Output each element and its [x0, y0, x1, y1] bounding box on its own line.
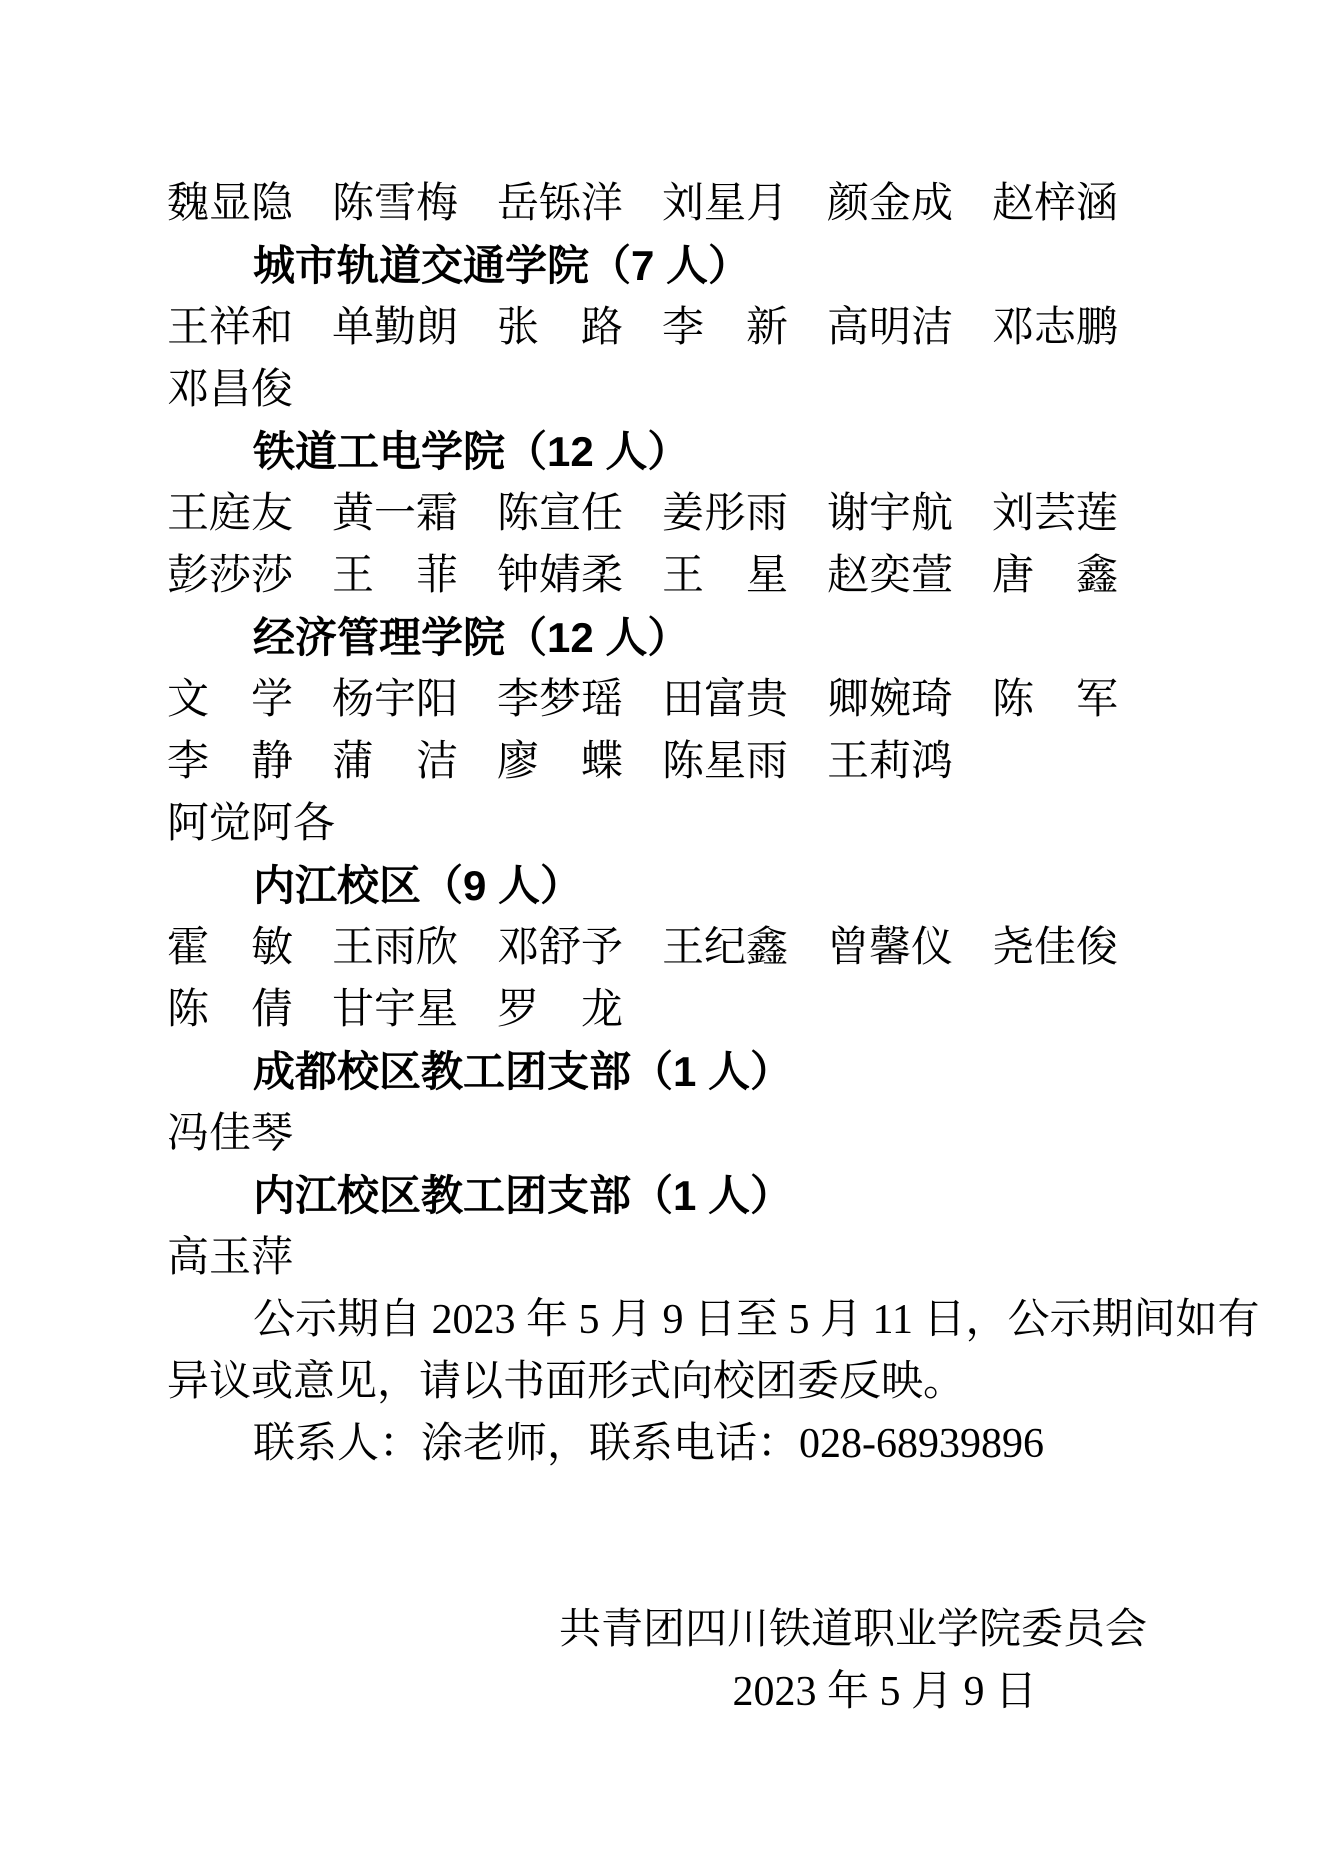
name-list-row: 李 静蒲 洁廖 蝶陈星雨王莉鸿: [167, 731, 1157, 793]
person-name: 刘芸莲: [992, 483, 1157, 545]
section-header: 城市轨道交通学院（7 人）: [167, 235, 1157, 297]
person-name: 王祥和: [167, 297, 332, 359]
name-list-row: 冯佳琴: [167, 1103, 1157, 1165]
person-name: 彭莎莎: [167, 545, 332, 607]
person-name: 邓昌俊: [167, 359, 332, 421]
person-name: 赵梓涵: [992, 173, 1157, 235]
person-name: 魏显隐: [167, 173, 332, 235]
section-header: 成都校区教工团支部（1 人）: [167, 1041, 1157, 1103]
person-name: 蒲 洁: [332, 731, 497, 793]
person-name: 阿觉阿各: [167, 793, 335, 855]
person-name: 霍 敏: [167, 917, 332, 979]
name-list-row: 霍 敏王雨欣邓舒予王纪鑫曾馨仪尧佳俊: [167, 917, 1157, 979]
person-name: 罗 龙: [497, 979, 662, 1041]
person-name: 王莉鸿: [827, 731, 992, 793]
blank-line: [167, 1537, 1157, 1599]
person-name: 冯佳琴: [167, 1103, 332, 1165]
name-list-row: 邓昌俊: [167, 359, 1157, 421]
signature-line: 共青团四川铁道职业学院委员会: [167, 1599, 1157, 1661]
person-name: 单勤朗: [332, 297, 497, 359]
person-name: 刘星月: [662, 173, 827, 235]
person-name: 谢宇航: [827, 483, 992, 545]
person-name: 李 新: [662, 297, 827, 359]
person-name: 廖 蝶: [497, 731, 662, 793]
name-list-row: 王庭友黄一霜陈宣任姜彤雨谢宇航刘芸莲: [167, 483, 1157, 545]
person-name: 钟婧柔: [497, 545, 662, 607]
person-name: 陈宣任: [497, 483, 662, 545]
person-name: 卿婉琦: [827, 669, 992, 731]
notice-paragraph-line: 异议或意见，请以书面形式向校团委反映。: [167, 1351, 1157, 1413]
person-name: 田富贵: [662, 669, 827, 731]
person-name: 陈 军: [992, 669, 1157, 731]
person-name: 邓舒予: [497, 917, 662, 979]
person-name: 王纪鑫: [662, 917, 827, 979]
person-name: 曾馨仪: [827, 917, 992, 979]
person-name: 岳铄洋: [497, 173, 662, 235]
notice-document-page: 魏显隐陈雪梅岳铄洋刘星月颜金成赵梓涵城市轨道交通学院（7 人）王祥和单勤朗张 路…: [0, 0, 1323, 1871]
section-header: 铁道工电学院（12 人）: [167, 421, 1157, 483]
name-list-row: 王祥和单勤朗张 路李 新高明洁邓志鹏: [167, 297, 1157, 359]
section-header: 内江校区（9 人）: [167, 855, 1157, 917]
person-name: 张 路: [497, 297, 662, 359]
person-name: 王庭友: [167, 483, 332, 545]
person-name: 高玉萍: [167, 1227, 332, 1289]
person-name: 王 星: [662, 545, 827, 607]
person-name: 邓志鹏: [992, 297, 1157, 359]
person-name: 甘宇星: [332, 979, 497, 1041]
person-name: 赵奕萱: [827, 545, 992, 607]
person-name: 颜金成: [827, 173, 992, 235]
section-header: 经济管理学院（12 人）: [167, 607, 1157, 669]
person-name: 王 菲: [332, 545, 497, 607]
name-list-row: 陈 倩甘宇星罗 龙: [167, 979, 1157, 1041]
name-list-row: 高玉萍: [167, 1227, 1157, 1289]
notice-paragraph-line: 公示期自 2023 年 5 月 9 日至 5 月 11 日，公示期间如有: [167, 1289, 1157, 1351]
person-name: 唐 鑫: [992, 545, 1157, 607]
person-name: 杨宇阳: [332, 669, 497, 731]
person-name: 文 学: [167, 669, 332, 731]
name-list-row: 魏显隐陈雪梅岳铄洋刘星月颜金成赵梓涵: [167, 173, 1157, 235]
date-line: 2023 年 5 月 9 日: [167, 1661, 1157, 1723]
person-name: 李 静: [167, 731, 332, 793]
person-name: 陈雪梅: [332, 173, 497, 235]
person-name: 陈星雨: [662, 731, 827, 793]
name-list-row: 文 学杨宇阳李梦瑶田富贵卿婉琦陈 军: [167, 669, 1157, 731]
person-name: 陈 倩: [167, 979, 332, 1041]
person-name: 黄一霜: [332, 483, 497, 545]
name-list-row: 阿觉阿各: [167, 793, 1157, 855]
person-name: 高明洁: [827, 297, 992, 359]
person-name: 李梦瑶: [497, 669, 662, 731]
name-list-row: 彭莎莎王 菲钟婧柔王 星赵奕萱唐 鑫: [167, 545, 1157, 607]
person-name: 尧佳俊: [992, 917, 1157, 979]
person-name: 姜彤雨: [662, 483, 827, 545]
section-header: 内江校区教工团支部（1 人）: [167, 1165, 1157, 1227]
person-name: 王雨欣: [332, 917, 497, 979]
blank-line: [167, 1475, 1157, 1537]
notice-paragraph-line: 联系人：涂老师，联系电话：028-68939896: [167, 1413, 1157, 1475]
